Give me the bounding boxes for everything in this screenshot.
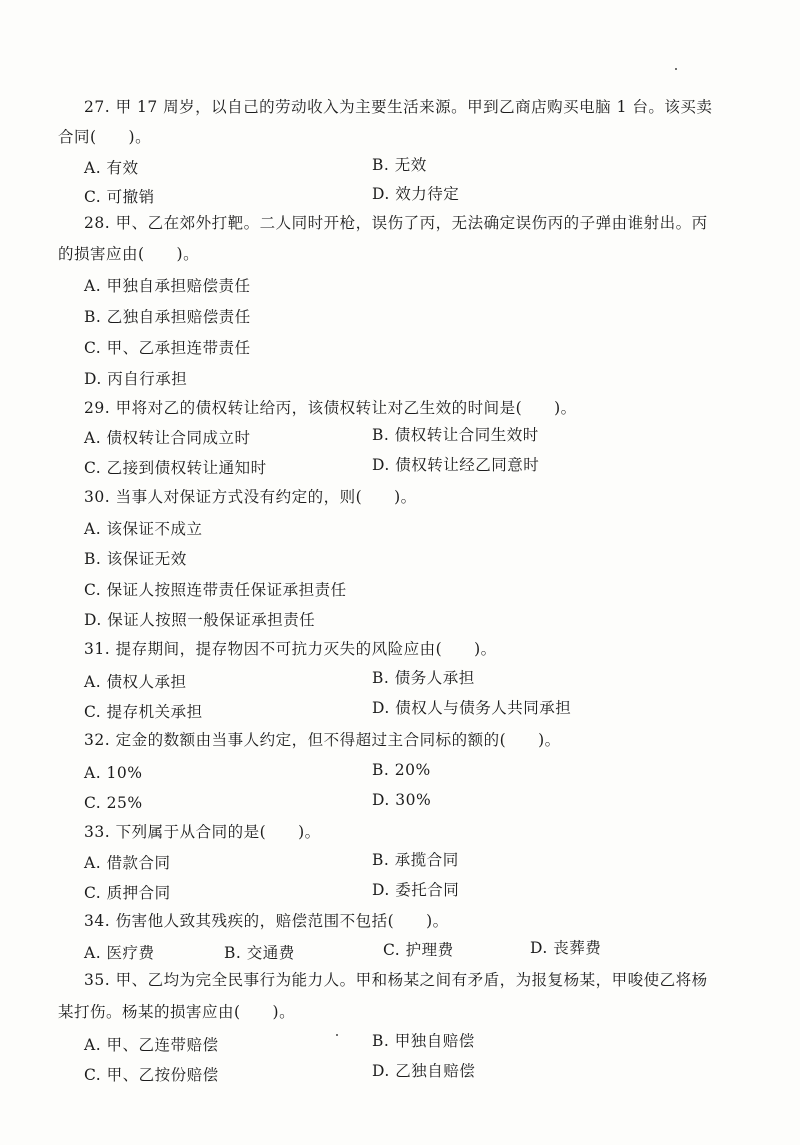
question-33-option-a: A. 借款合同 — [84, 853, 171, 873]
question-28-stem: 28. 甲、乙在郊外打靶。二人同时开枪，误伤了丙，无法确定误伤丙的子弹由谁射出。… — [84, 213, 708, 233]
question-34-option-a: A. 医疗费 — [84, 943, 155, 963]
question-35-stem-cont: 某打伤。杨某的损害应由( )。 — [58, 1002, 295, 1022]
question-28-stem-cont: 的损害应由( )。 — [58, 244, 199, 264]
question-32-stem: 32. 定金的数额由当事人约定，但不得超过主合同标的额的( )。 — [84, 730, 561, 750]
question-31-stem: 31. 提存期间，提存物因不可抗力灭失的风险应由( )。 — [84, 639, 497, 659]
question-30-option-c: C. 保证人按照连带责任保证承担责任 — [84, 580, 347, 600]
question-29-option-d: D. 债权转让经乙同意时 — [372, 455, 539, 475]
question-27-stem: 27. 甲 17 周岁，以自己的劳动收入为主要生活来源。甲到乙商店购买电脑 1 … — [84, 97, 712, 117]
question-35-option-a: A. 甲、乙连带赔偿 — [84, 1035, 219, 1055]
question-31-option-d: D. 债权人与债务人共同承担 — [372, 698, 571, 718]
question-35-option-d: D. 乙独自赔偿 — [372, 1061, 475, 1081]
question-33-stem: 33. 下列属于从合同的是( )。 — [84, 822, 321, 842]
question-28-option-c: C. 甲、乙承担连带责任 — [84, 338, 251, 358]
question-31-option-c: C. 提存机关承担 — [84, 702, 203, 722]
exam-page: 27. 甲 17 周岁，以自己的劳动收入为主要生活来源。甲到乙商店购买电脑 1 … — [0, 0, 800, 1145]
question-34-option-d: D. 丧葬费 — [530, 938, 601, 958]
question-31-option-b: B. 债务人承担 — [372, 668, 475, 688]
question-34-option-b: B. 交通费 — [224, 943, 295, 963]
question-32-option-d: D. 30% — [372, 790, 431, 810]
question-29-option-c: C. 乙接到债权转让通知时 — [84, 458, 267, 478]
scan-speck — [336, 1034, 338, 1036]
question-29-option-a: A. 债权转让合同成立时 — [84, 428, 251, 448]
question-27-option-c: C. 可撤销 — [84, 187, 155, 207]
question-35-option-c: C. 甲、乙按份赔偿 — [84, 1065, 219, 1085]
question-32-option-c: C. 25% — [84, 793, 143, 813]
question-30-option-a: A. 该保证不成立 — [84, 519, 203, 539]
question-30-option-b: B. 该保证无效 — [84, 549, 187, 569]
question-28-option-b: B. 乙独自承担赔偿责任 — [84, 307, 251, 327]
question-29-stem: 29. 甲将对乙的债权转让给丙，该债权转让对乙生效的时间是( )。 — [84, 398, 577, 418]
question-31-option-a: A. 债权人承担 — [84, 672, 187, 692]
question-32-option-a: A. 10% — [84, 763, 143, 783]
question-27-option-d: D. 效力待定 — [372, 184, 459, 204]
question-35-option-b: B. 甲独自赔偿 — [372, 1031, 475, 1051]
question-28-option-a: A. 甲独自承担赔偿责任 — [84, 276, 251, 296]
question-32-option-b: B. 20% — [372, 760, 431, 780]
question-35-stem: 35. 甲、乙均为完全民事行为能力人。甲和杨某之间有矛盾，为报复杨某，甲唆使乙将… — [84, 970, 708, 990]
question-34-option-c: C. 护理费 — [383, 940, 454, 960]
question-34-stem: 34. 伤害他人致其残疾的，赔偿范围不包括( )。 — [84, 911, 449, 931]
scan-speck — [675, 68, 677, 70]
question-30-option-d: D. 保证人按照一般保证承担责任 — [84, 610, 315, 630]
question-27-option-b: B. 无效 — [372, 155, 427, 175]
question-29-option-b: B. 债权转让合同生效时 — [372, 425, 539, 445]
question-33-option-b: B. 承揽合同 — [372, 850, 459, 870]
question-27-stem-cont: 合同( )。 — [58, 127, 151, 147]
question-30-stem: 30. 当事人对保证方式没有约定的，则( )。 — [84, 487, 417, 507]
question-33-option-c: C. 质押合同 — [84, 883, 171, 903]
question-33-option-d: D. 委托合同 — [372, 880, 459, 900]
question-28-option-d: D. 丙自行承担 — [84, 369, 187, 389]
question-27-option-a: A. 有效 — [84, 158, 139, 178]
